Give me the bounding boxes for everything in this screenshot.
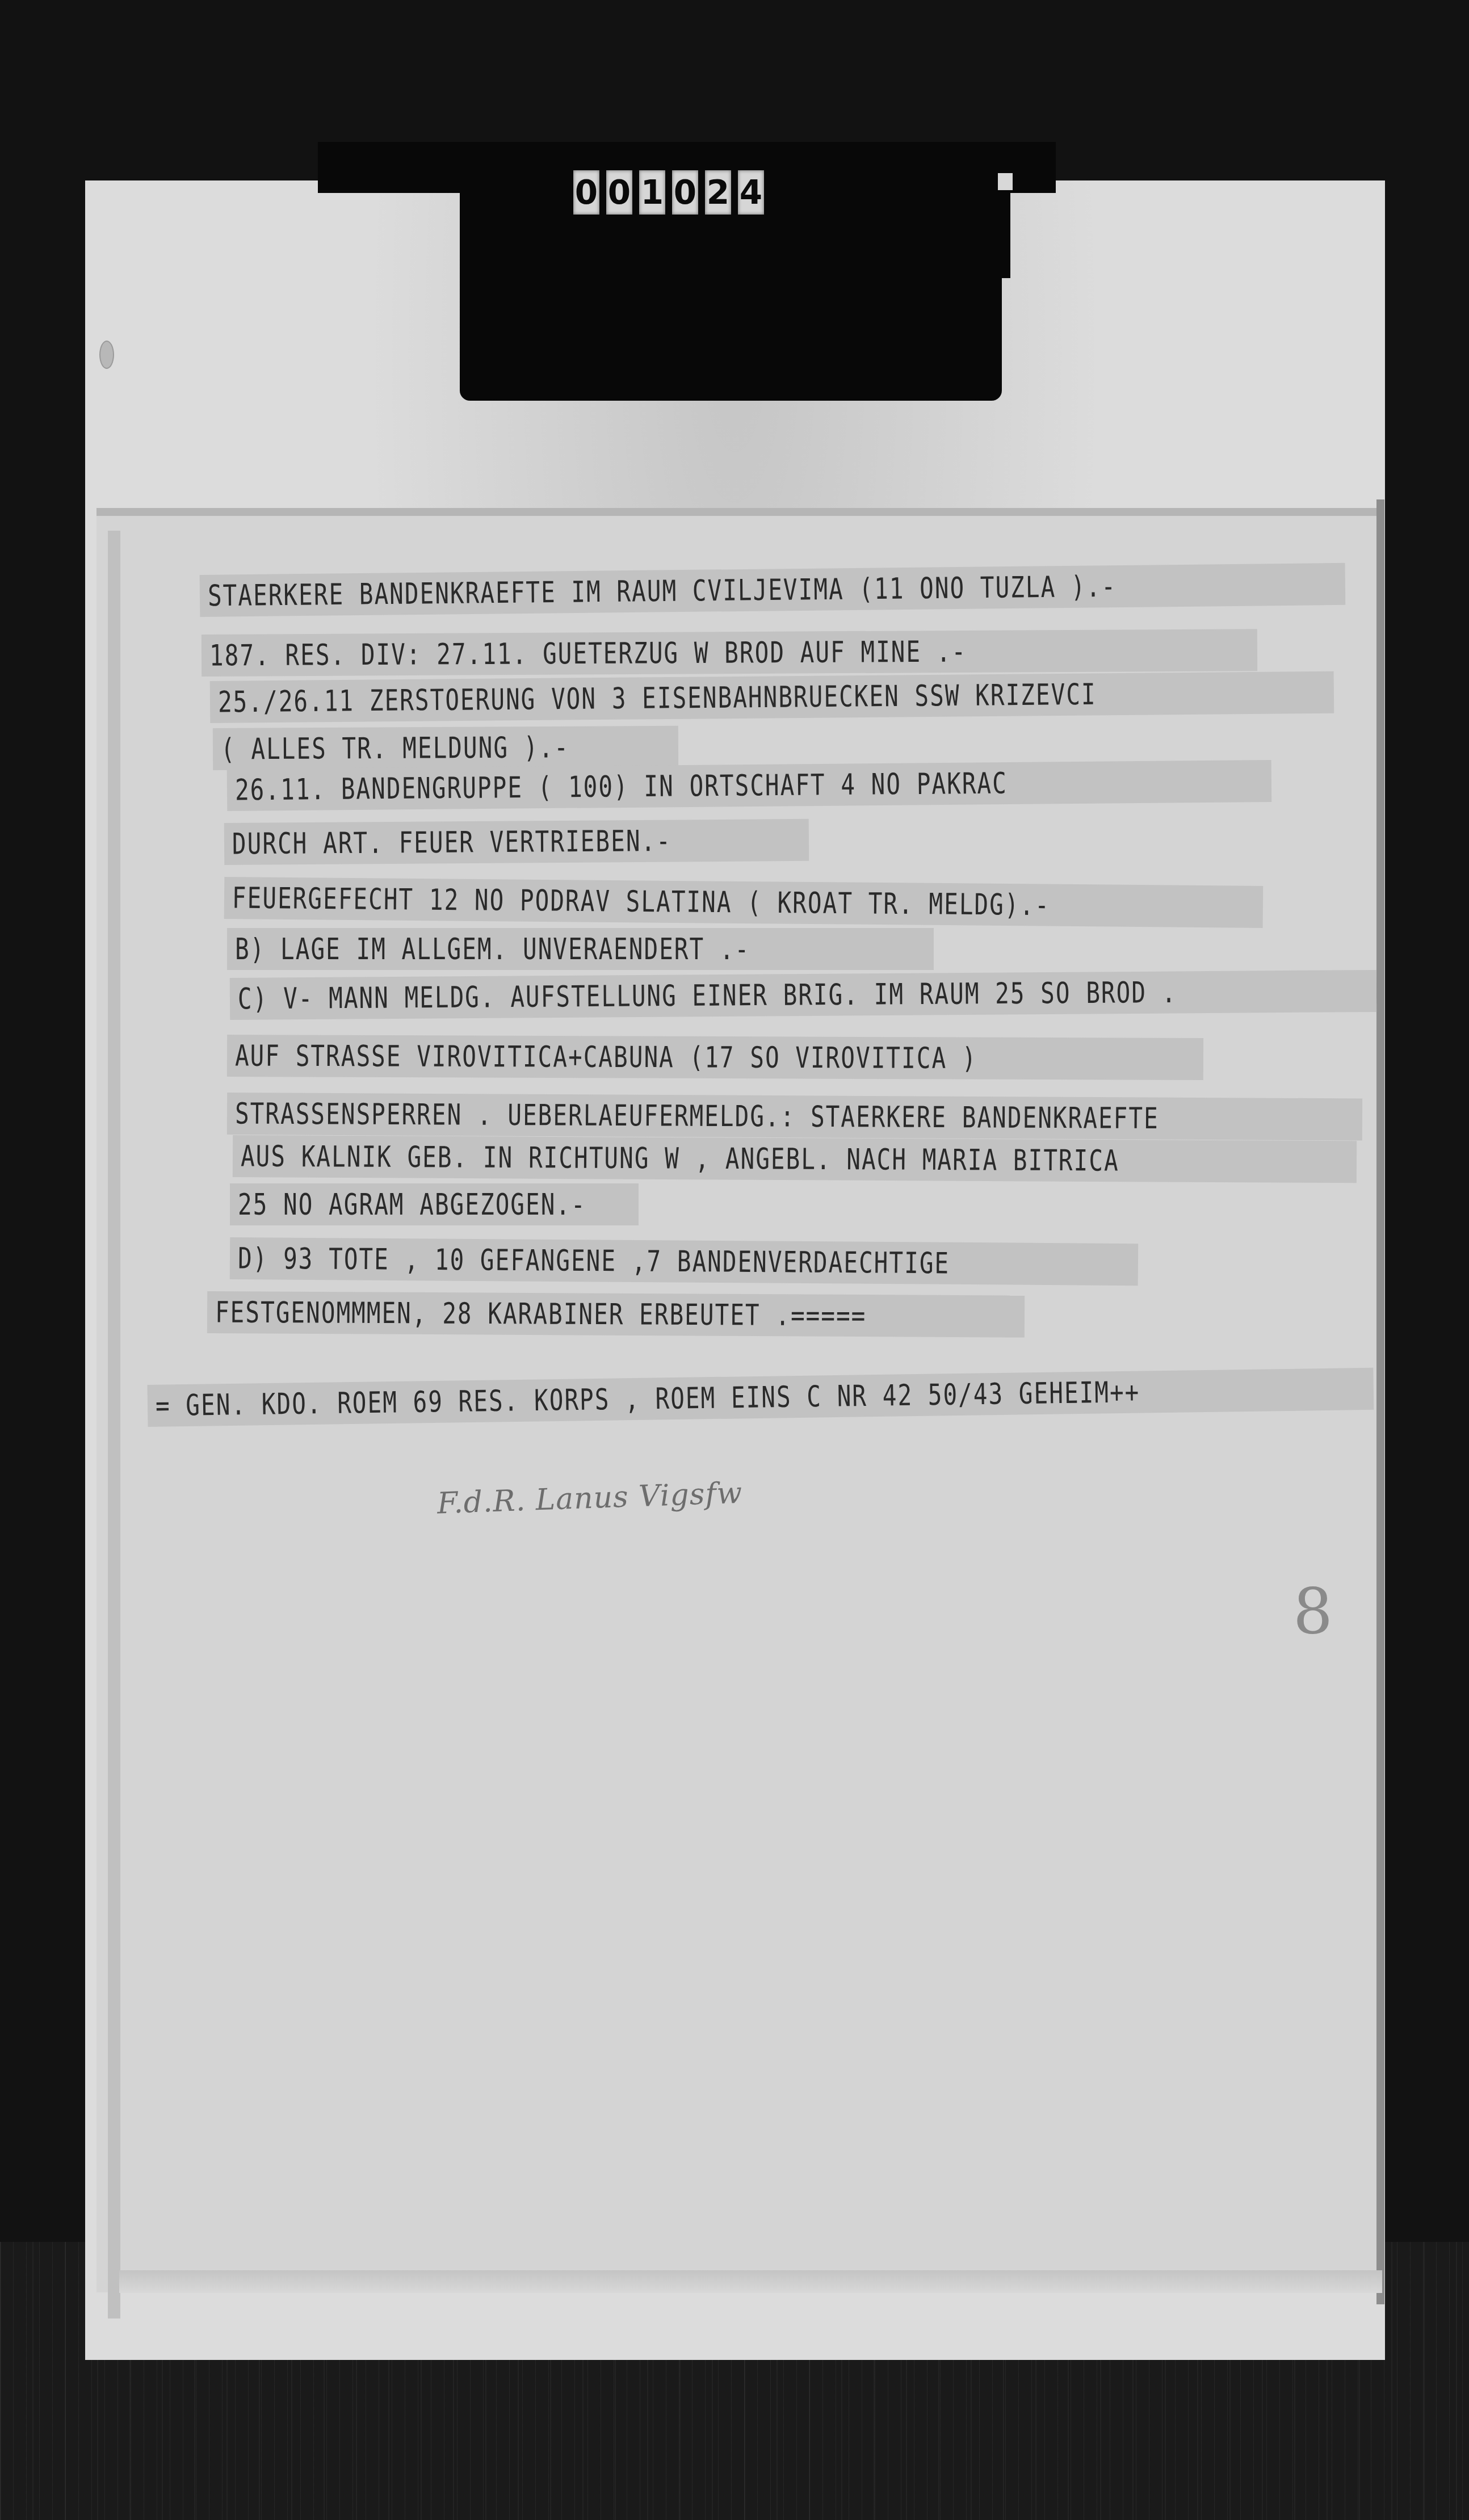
frame-counter: 0 0 1 0 2 4 bbox=[573, 170, 764, 215]
sheet-fold bbox=[119, 2270, 1382, 2293]
counter-digit: 2 bbox=[705, 170, 731, 215]
message-line: D) 93 TOTE , 10 GEFANGENE ,7 BANDENVERDA… bbox=[230, 1237, 1138, 1286]
sheet-edge bbox=[108, 531, 120, 2319]
counter-digit: 0 bbox=[606, 170, 632, 215]
message-line: 187. RES. DIV: 27.11. GUETERZUG W BROD A… bbox=[202, 629, 1257, 677]
handwritten-page-number: 8 bbox=[1293, 1575, 1333, 1648]
punch-hole bbox=[99, 341, 114, 369]
sheet-edge-shadow bbox=[1376, 499, 1384, 2304]
message-line: 25 NO AGRAM ABGEZOGEN.- bbox=[230, 1183, 639, 1225]
counter-digit: 0 bbox=[573, 170, 599, 215]
counter-digit: 4 bbox=[738, 170, 764, 215]
counter-digit: 0 bbox=[672, 170, 698, 215]
message-line: C) V- MANN MELDG. AUFSTELLUNG EINER BRIG… bbox=[230, 970, 1376, 1020]
message-line: AUS KALNIK GEB. IN RICHTUNG W , ANGEBL. … bbox=[233, 1135, 1357, 1183]
message-line: ( ALLES TR. MELDUNG ).- bbox=[213, 726, 678, 770]
counter-clip-tab bbox=[998, 173, 1013, 190]
counter-digit: 1 bbox=[639, 170, 665, 215]
message-line: DURCH ART. FEUER VERTRIEBEN.- bbox=[224, 819, 809, 865]
message-line: B) LAGE IM ALLGEM. UNVERAENDERT .- bbox=[227, 928, 934, 970]
message-line: AUF STRASSE VIROVITICA+CABUNA (17 SO VIR… bbox=[227, 1035, 1203, 1080]
message-line: STRASSENSPERREN . UEBERLAEUFERMELDG.: ST… bbox=[227, 1093, 1362, 1140]
message-line: FESTGENOMMMEN, 28 KARABINER ERBEUTET .==… bbox=[207, 1291, 1025, 1338]
